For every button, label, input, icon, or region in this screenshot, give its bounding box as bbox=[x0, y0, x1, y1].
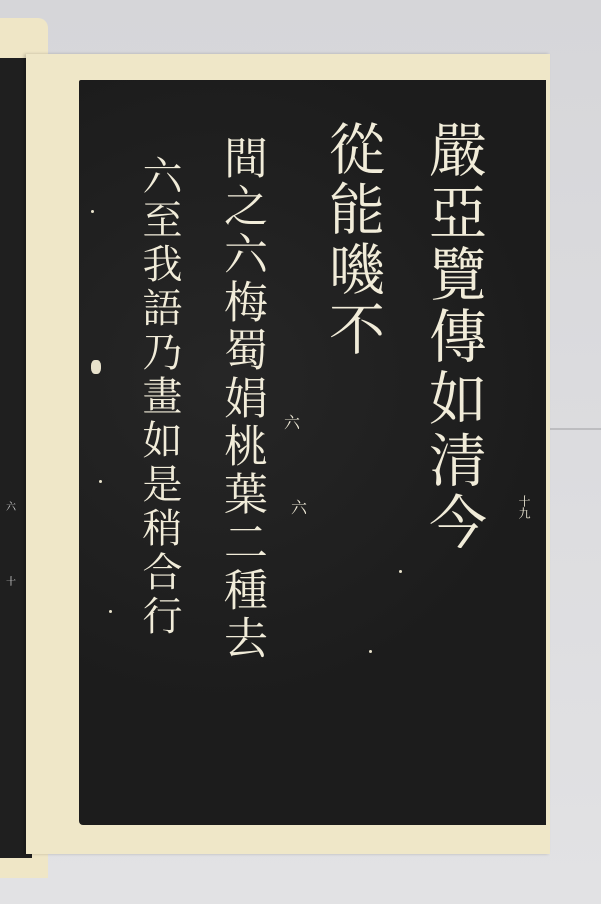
rubbing-panel: 嚴亞覽傳如清今 從能嘰不 間之六梅蜀娟桃葉二種去 六至我語乃畫如是稍合行 六 六… bbox=[79, 80, 546, 825]
left-page-mark: 六 bbox=[6, 498, 16, 513]
annotation-mark: 六 bbox=[291, 495, 307, 518]
calligraphy-column-4: 六至我語乃畫如是稍合行 bbox=[139, 155, 179, 639]
table-edge-line bbox=[545, 428, 601, 430]
speck bbox=[369, 650, 372, 653]
speck bbox=[109, 610, 112, 613]
speck bbox=[399, 570, 402, 573]
speck bbox=[91, 210, 94, 213]
paper-flaw bbox=[91, 360, 101, 374]
page-number-mark: 十九 bbox=[516, 495, 533, 519]
annotation-mark: 六 bbox=[284, 410, 300, 433]
calligraphy-column-3: 間之六梅蜀娟桃葉二種去 bbox=[219, 135, 263, 663]
left-page-mark: 十 bbox=[6, 573, 16, 588]
calligraphy-column-2: 從能嘰不 bbox=[324, 120, 380, 360]
speck bbox=[99, 480, 102, 483]
calligraphy-column-1: 嚴亞覽傳如清今 bbox=[424, 120, 482, 554]
